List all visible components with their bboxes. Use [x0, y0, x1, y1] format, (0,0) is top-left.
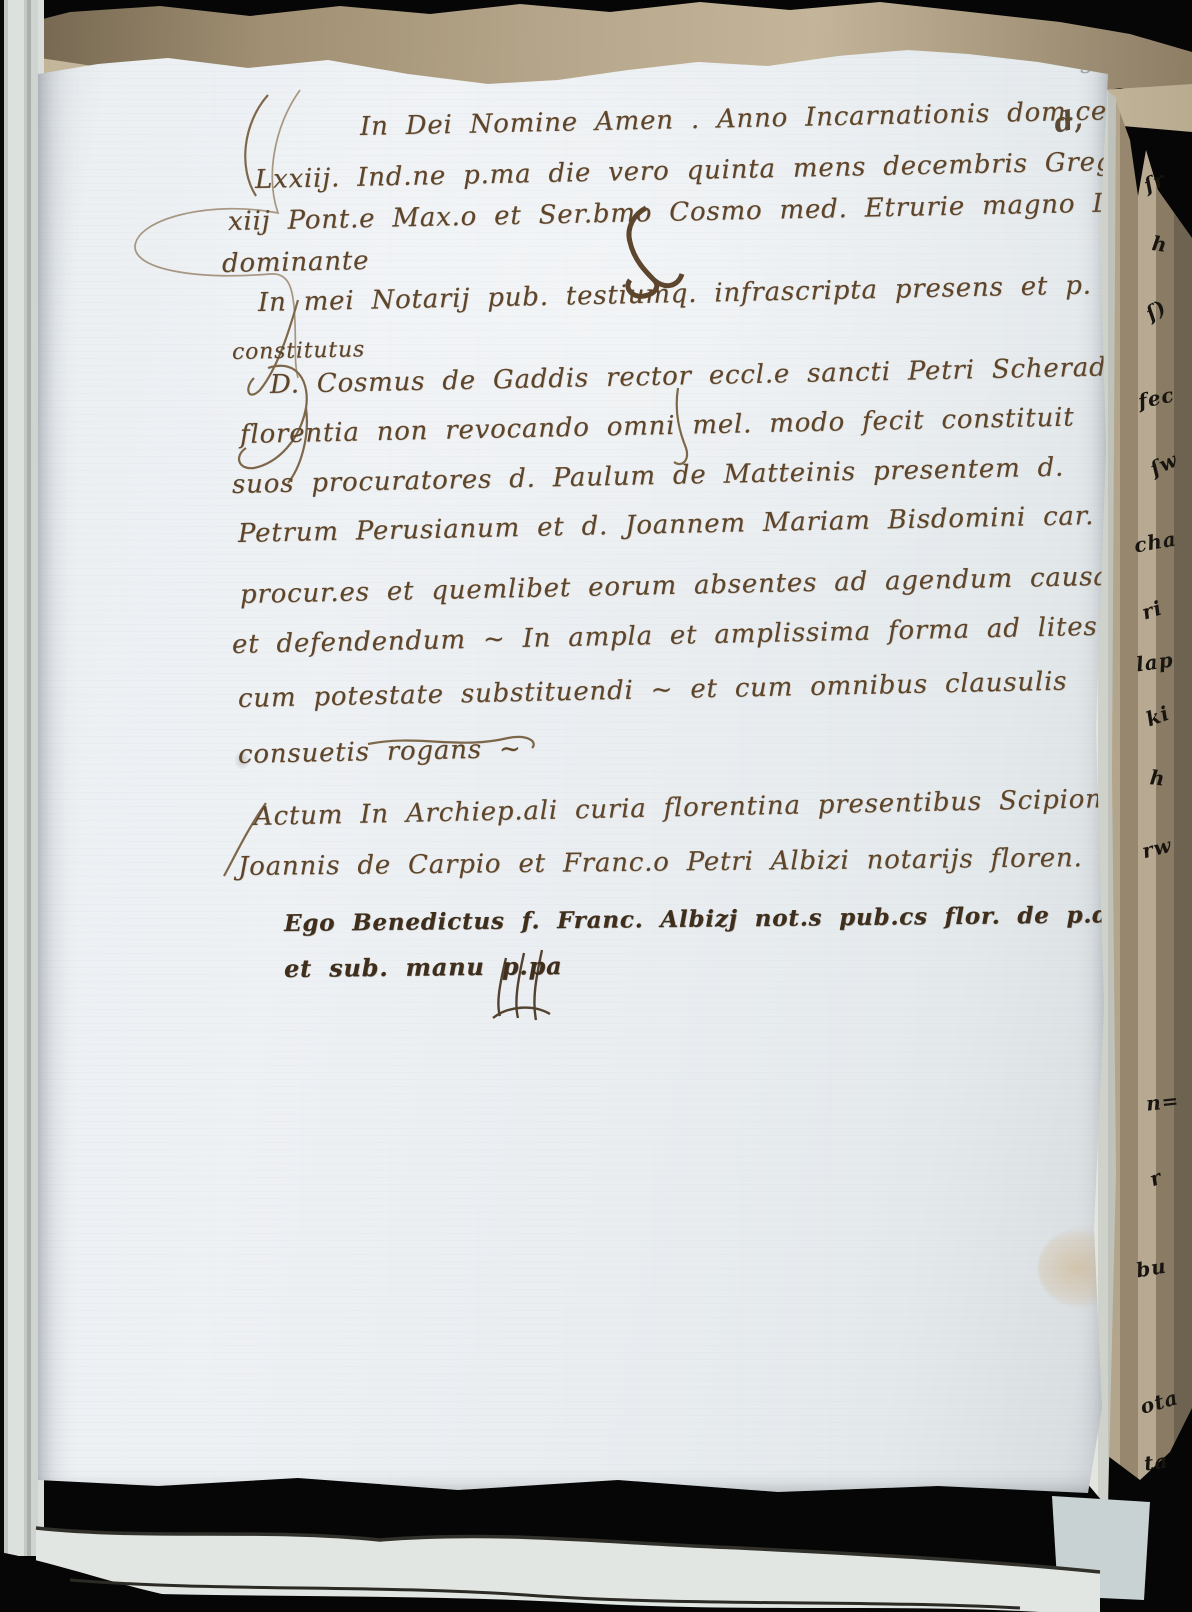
adjacent-text-fragment: rw — [1140, 833, 1175, 863]
adjacent-text-fragment: r — [1146, 1165, 1165, 1192]
adjacent-text-fragment: ota — [1137, 1385, 1181, 1419]
manuscript-line: Actum In Archiep.ali curia florentina pr… — [254, 784, 1119, 832]
adjacent-page-text-fragments: ſr h ſ) fec ſw cha ri lap ki h rw n= r b… — [1116, 0, 1192, 1552]
manuscript-line: dominante — [222, 246, 370, 279]
bottom-black-corner — [0, 1552, 180, 1612]
adjacent-text-fragment: fec — [1136, 382, 1177, 413]
adjacent-text-fragment: n= — [1145, 1088, 1181, 1115]
adjacent-text-fragment: lap — [1135, 648, 1176, 677]
manuscript-line: xiij Pont.e Max.o et Ser.bmo Cosmo med. … — [228, 187, 1164, 237]
adjacent-text-fragment: bu — [1134, 1254, 1168, 1283]
manuscript-photo: ſr h ſ) fec ſw cha ri lap ki h rw n= r b… — [0, 0, 1192, 1612]
manuscript-line: In Dei Nomine Amen . Anno Incarnationis … — [360, 95, 1187, 142]
bottom-leaf-sliver — [36, 1528, 1100, 1612]
leaf-separation-line-2 — [70, 1580, 1020, 1608]
manuscript-line: constitutus — [232, 337, 366, 365]
manuscript-line: consuetis rogans ~ — [238, 734, 522, 770]
notary-subscription-line: Ego Benedictus f. Franc. Albizj not.s pu… — [284, 900, 1192, 937]
leaf-separation-line-1 — [36, 1528, 1100, 1572]
adjacent-text-fragment: ſr — [1140, 167, 1169, 197]
adjacent-text-fragment: ta — [1142, 1448, 1169, 1475]
manuscript-line: suos procuratores d. Paulum de Matteinis… — [232, 453, 1065, 500]
binding-gutter-edge — [0, 0, 44, 1556]
adjacent-text-fragment: h — [1150, 231, 1169, 257]
manuscript-text: In Dei Nomine Amen . Anno Incarnationis … — [38, 28, 1108, 1493]
adjacent-text-fragment: ki — [1143, 701, 1173, 732]
manuscript-line: D. Cosmus de Gaddis rector eccl.e sancti… — [270, 351, 1176, 400]
manuscript-line: In mei Notarij pub. testiumq. infrascrip… — [258, 271, 1092, 318]
notary-subscription-line: et sub. manu p.pa — [284, 951, 563, 983]
manuscript-line: Lxxiij. Ind.ne p.ma die vero quinta mens… — [255, 147, 1123, 195]
manuscript-line: cum potestate substituendi ~ et cum omni… — [238, 667, 1068, 714]
manuscript-line: Joannis de Carpio et Franc.o Petri Albiz… — [238, 842, 1192, 882]
adjacent-text-fragment: ſ) — [1141, 295, 1170, 326]
manuscript-line: Petrum Perusianum et d. Joannem Mariam B… — [238, 501, 1095, 549]
bottom-black-band — [0, 1588, 1192, 1612]
adjacent-text-fragment: cha — [1132, 526, 1178, 557]
manuscript-page: 5 d, — [38, 28, 1108, 1493]
adjacent-text-fragment: ri — [1139, 595, 1166, 624]
adjacent-text-fragment: ſw — [1146, 447, 1181, 481]
manuscript-line: et defendendum ~ In ampla et amplissima … — [232, 611, 1138, 660]
adjacent-text-fragment: h — [1149, 765, 1167, 790]
manuscript-line: florentia non revocando omni mel. modo f… — [240, 403, 1075, 450]
manuscript-line: procur.es et quemlibet eorum absentes ad… — [240, 561, 1154, 610]
